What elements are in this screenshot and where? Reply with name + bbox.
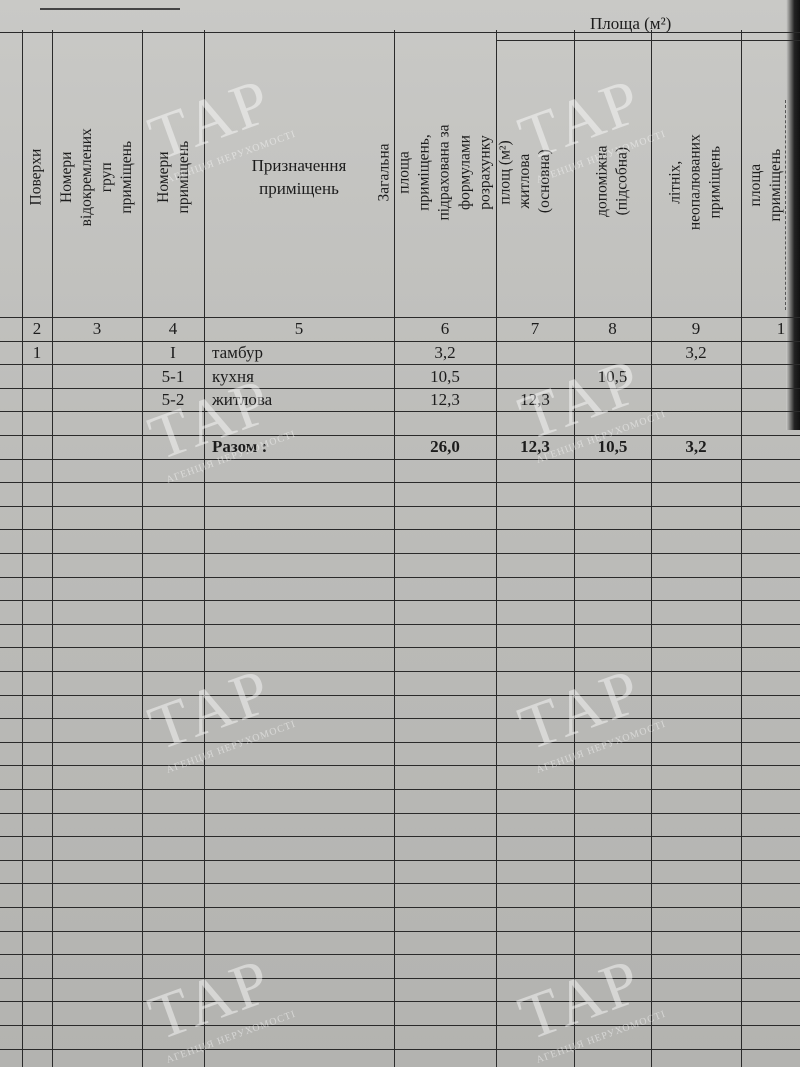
grid-hline xyxy=(0,1025,800,1026)
row-auxiliary: 10,5 xyxy=(574,365,651,389)
grid-hline xyxy=(0,482,800,483)
grid-hline xyxy=(0,813,800,814)
row-group xyxy=(52,388,142,412)
row-purpose: кухня xyxy=(204,365,402,389)
row-group xyxy=(52,341,142,365)
grid-hline xyxy=(0,1001,800,1002)
row-other xyxy=(741,341,800,365)
row-auxiliary xyxy=(574,341,651,365)
totals-total: 26,0 xyxy=(394,435,496,459)
grid-hline xyxy=(0,1049,800,1050)
col-floors-header: Поверхи xyxy=(22,40,50,315)
totals-label: Разом : xyxy=(204,435,402,459)
grid-hline xyxy=(0,647,800,648)
document-page: Площа (м²) Поверхи Номери відокремлених … xyxy=(0,0,800,1067)
row-purpose: тамбур xyxy=(204,341,402,365)
col-auxiliary-header: допоміжна (підсобна) xyxy=(575,48,650,315)
col-groups-header: Номери відокремлених груп приміщень xyxy=(52,40,142,315)
grid-vline xyxy=(496,30,497,1067)
grid-hline xyxy=(0,860,800,861)
grid-hline xyxy=(0,506,800,507)
grid-hline xyxy=(0,931,800,932)
dotted-line xyxy=(785,100,786,310)
row-living xyxy=(496,365,574,389)
grid-vline xyxy=(394,30,395,1067)
row-floor xyxy=(22,365,52,389)
row-auxiliary xyxy=(574,388,651,412)
grid-hline xyxy=(0,459,800,460)
row-summer xyxy=(651,388,741,412)
grid-hline xyxy=(0,978,800,979)
grid-vline xyxy=(204,30,205,1067)
grid-hline xyxy=(0,364,800,365)
grid-hline xyxy=(0,907,800,908)
area-group-title: Площа (м²) xyxy=(590,14,671,34)
col-other-header: площа приміщень xyxy=(742,55,790,315)
grid-hline xyxy=(0,435,800,436)
totals-auxiliary: 10,5 xyxy=(574,435,651,459)
row-living xyxy=(496,341,574,365)
grid-hline xyxy=(0,32,800,33)
grid-hline xyxy=(496,40,800,41)
col-living-header: житлова (основна) xyxy=(497,48,573,315)
row-other xyxy=(741,388,800,412)
row-total: 10,5 xyxy=(394,365,496,389)
grid-hline xyxy=(0,954,800,955)
col-num-10: 1 xyxy=(741,317,800,341)
grid-hline xyxy=(0,341,800,342)
row-total: 12,3 xyxy=(394,388,496,412)
grid-hline xyxy=(0,671,800,672)
grid-hline xyxy=(0,317,800,318)
col-num-5: 5 xyxy=(204,317,394,341)
grid-vline xyxy=(52,30,53,1067)
col-rooms-header: Номери приміщень xyxy=(145,40,203,315)
grid-vline xyxy=(741,30,742,1067)
col-num-8: 8 xyxy=(574,317,651,341)
row-room: 5-2 xyxy=(142,388,204,412)
col-num-2: 2 xyxy=(22,317,52,341)
col-total-header: Загальна площа приміщень, підрахована за… xyxy=(395,30,495,315)
grid-hline xyxy=(0,718,800,719)
col-num-7: 7 xyxy=(496,317,574,341)
grid-vline xyxy=(142,30,143,1067)
row-room: 5-1 xyxy=(142,365,204,389)
grid-hline xyxy=(0,553,800,554)
grid-hline xyxy=(0,600,800,601)
row-summer xyxy=(651,365,741,389)
grid-hline xyxy=(0,411,800,412)
grid-hline xyxy=(0,388,800,389)
totals-summer: 3,2 xyxy=(651,435,741,459)
row-floor xyxy=(22,388,52,412)
row-purpose: житлова xyxy=(204,388,402,412)
row-summer: 3,2 xyxy=(651,341,741,365)
col-purpose-header: Призначення приміщень xyxy=(205,40,393,315)
grid-hline xyxy=(0,624,800,625)
grid-hline xyxy=(0,789,800,790)
row-living: 12,3 xyxy=(496,388,574,412)
grid-vline xyxy=(651,30,652,1067)
grid-hline xyxy=(0,529,800,530)
grid-vline xyxy=(22,30,23,1067)
col-num-6: 6 xyxy=(394,317,496,341)
grid-hline xyxy=(0,577,800,578)
grid-hline xyxy=(0,836,800,837)
row-floor: 1 xyxy=(22,341,52,365)
row-room: I xyxy=(142,341,204,365)
row-other xyxy=(741,365,800,389)
area-table: Площа (м²) Поверхи Номери відокремлених … xyxy=(0,0,800,1067)
col-num-9: 9 xyxy=(651,317,741,341)
col-num-4: 4 xyxy=(142,317,204,341)
totals-living: 12,3 xyxy=(496,435,574,459)
grid-hline xyxy=(0,742,800,743)
col-num-3: 3 xyxy=(52,317,142,341)
grid-vline xyxy=(574,30,575,1067)
row-total: 3,2 xyxy=(394,341,496,365)
grid-hline xyxy=(0,765,800,766)
grid-hline xyxy=(0,883,800,884)
col-summer-header: літніх, неопалюваних приміщень xyxy=(652,50,740,315)
grid-hline xyxy=(0,695,800,696)
row-group xyxy=(52,365,142,389)
